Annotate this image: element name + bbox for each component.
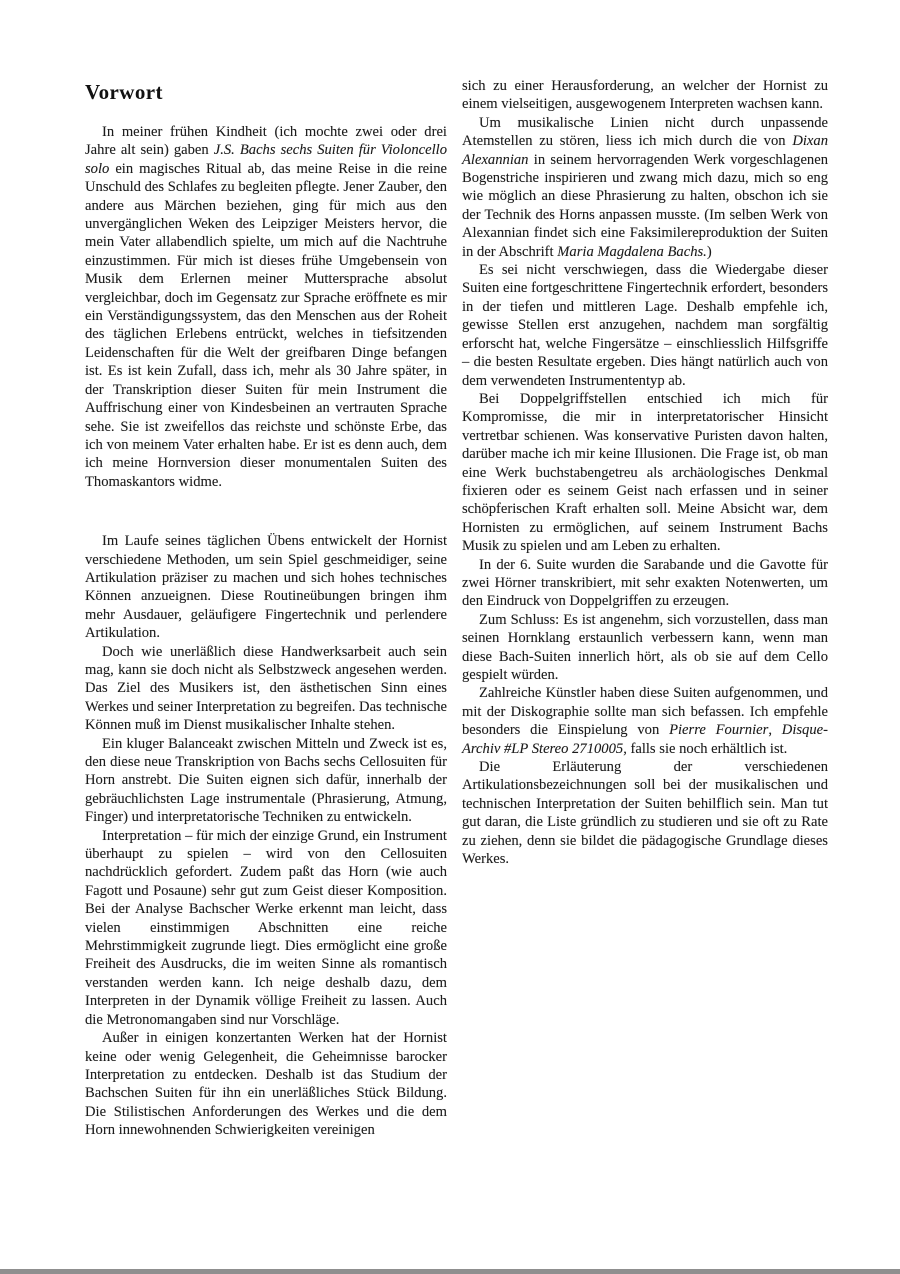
scan-edge-bar bbox=[0, 1269, 900, 1274]
left-text-column: In meiner frühen Kindheit (ich mochte zw… bbox=[85, 123, 447, 1140]
paragraph: Interpretation – für mich der einzige Gr… bbox=[85, 827, 447, 1029]
text-run: , falls sie noch erhältlich ist. bbox=[623, 741, 787, 757]
text-run: ) bbox=[707, 244, 712, 260]
text-run: Ein kluger Balanceakt zwischen Mitteln u… bbox=[85, 736, 447, 826]
text-run: ein magisches Ritual ab, das meine Reise… bbox=[85, 161, 447, 490]
text-run: In der 6. Suite wurden die Sarabande und… bbox=[462, 557, 828, 610]
text-run: Interpretation – für mich der einzige Gr… bbox=[85, 828, 447, 1028]
paragraph: Doch wie unerläßlich diese Handwerksarbe… bbox=[85, 643, 447, 735]
text-run: Es sei nicht verschwiegen, dass die Wied… bbox=[462, 262, 828, 388]
italic-text-run: Pierre Fournier bbox=[669, 722, 768, 738]
paragraph: Um musikalische Linien nicht durch unpas… bbox=[462, 114, 828, 261]
paragraph: Es sei nicht verschwiegen, dass die Wied… bbox=[462, 261, 828, 390]
scanned-preface-page: Vorwort In meiner frühen Kindheit (ich m… bbox=[0, 0, 900, 1274]
text-run: , bbox=[768, 722, 781, 738]
text-run: Zum Schluss: Es ist angenehm, sich vorzu… bbox=[462, 612, 828, 683]
text-run: Die Erläuterung der verschiedenen Artiku… bbox=[462, 759, 828, 867]
italic-text-run: Maria Magdalena Bachs. bbox=[557, 244, 707, 260]
text-run: Bei Doppelgriffstellen entschied ich mic… bbox=[462, 391, 828, 554]
page-title: Vorwort bbox=[85, 80, 163, 105]
paragraph: In der 6. Suite wurden die Sarabande und… bbox=[462, 556, 828, 611]
paragraph: Die Erläuterung der verschiedenen Artiku… bbox=[462, 758, 828, 868]
paragraph: Zahlreiche Künstler haben diese Suiten a… bbox=[462, 684, 828, 758]
paragraph: Außer in einigen konzertanten Werken hat… bbox=[85, 1029, 447, 1139]
paragraph: Ein kluger Balanceakt zwischen Mitteln u… bbox=[85, 735, 447, 827]
text-run: Außer in einigen konzertanten Werken hat… bbox=[85, 1030, 447, 1138]
paragraph: In meiner frühen Kindheit (ich mochte zw… bbox=[85, 123, 447, 491]
paragraph: Bei Doppelgriffstellen entschied ich mic… bbox=[462, 390, 828, 556]
text-run: Doch wie unerläßlich diese Handwerksarbe… bbox=[85, 644, 447, 734]
paragraph: Zum Schluss: Es ist angenehm, sich vorzu… bbox=[462, 611, 828, 685]
right-text-column: sich zu einer Herausforderung, an welche… bbox=[462, 77, 828, 868]
text-run: Im Laufe seines täglichen Übens entwicke… bbox=[85, 533, 447, 641]
paragraph: sich zu einer Herausforderung, an welche… bbox=[462, 77, 828, 114]
text-run: Um musikalische Linien nicht durch unpas… bbox=[462, 115, 828, 149]
text-run: sich zu einer Herausforderung, an welche… bbox=[462, 78, 828, 112]
paragraph: Im Laufe seines täglichen Übens entwicke… bbox=[85, 532, 447, 642]
